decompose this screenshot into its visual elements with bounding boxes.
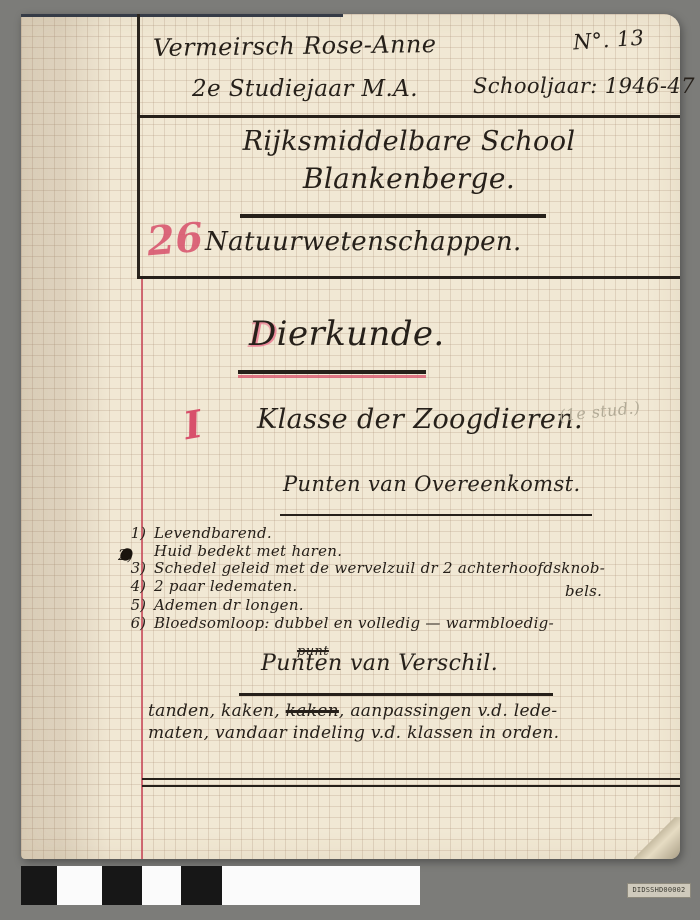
list-number: 6): [118, 614, 146, 632]
school-name-underline: [240, 214, 546, 218]
school-name-line2: Blankenberge.: [138, 162, 680, 195]
struck-word: kaken: [286, 701, 339, 721]
list-number: 1): [118, 524, 146, 542]
list-number: 3): [118, 559, 146, 577]
list-item: Schedel geleid met de wervelzuil dr 2 ac…: [154, 559, 605, 577]
paragraph-text: tanden, kaken,: [148, 701, 286, 721]
calibration-black-block: [181, 866, 222, 905]
bottom-rule-lower: [142, 785, 680, 787]
calibration-strip: [21, 866, 420, 905]
subsection-overeenkomst-underline: [280, 514, 592, 516]
calibration-black-block: [102, 866, 142, 905]
calibration-white-block: [142, 866, 181, 905]
subsection-verschil-underline: [239, 693, 553, 696]
section-numeral: I: [180, 401, 206, 448]
subsection-verschil-title: Punten van Verschil.: [261, 651, 498, 676]
paragraph-text: , aanpassingen v.d. lede-: [339, 701, 558, 721]
inventory-label: DIDSSHD00002: [627, 883, 691, 898]
calibration-black-block: [21, 866, 57, 905]
notebook-page: Vermeirsch Rose-Anne N°. 13 2e Studiejaa…: [21, 14, 680, 859]
pencil-note: (1e stud.): [558, 398, 641, 425]
list-number: 5): [118, 596, 146, 614]
chapter-title: Dierkunde.: [249, 314, 445, 354]
chapter-underline-red: [238, 375, 426, 378]
subject-number: 26: [145, 214, 205, 266]
list-item: Huid bedekt met haren.: [154, 542, 342, 560]
bottom-rule-upper: [142, 778, 680, 780]
header-box-bottom-rule: [137, 276, 680, 279]
page-corner-fold: [634, 817, 680, 859]
header-box-top-rule: [137, 115, 680, 118]
subsection-overeenkomst-title: Punten van Overeenkomst.: [283, 472, 581, 496]
list-item-continuation: bels.: [565, 582, 602, 600]
list-item: 2 paar ledematen.: [154, 577, 298, 595]
section-title: Klasse der Zoogdieren.: [257, 404, 583, 435]
study-year: 2e Studiejaar M.A.: [192, 76, 418, 102]
list-number: 4): [118, 577, 146, 595]
school-year: Schooljaar: 1946-47: [473, 74, 695, 98]
list-item: Ademen dr longen.: [154, 596, 304, 614]
student-name: Vermeirsch Rose-Anne: [153, 30, 437, 62]
calibration-white-block: [57, 866, 102, 905]
section-underline: [21, 14, 343, 17]
paragraph-line-1: tanden, kaken, kaken, aanpassingen v.d. …: [148, 701, 557, 721]
chapter-underline: [238, 370, 426, 374]
notebook-number: N°. 13: [572, 26, 645, 55]
paragraph-line-2: maten, vandaar indeling v.d. klassen in …: [148, 723, 559, 743]
school-name-line1: Rijksmiddelbare School: [138, 126, 680, 157]
calibration-white-bar: [222, 866, 420, 905]
list-item: Levendbarend.: [154, 524, 272, 542]
subject-title: Natuurwetenschappen.: [205, 227, 522, 257]
list-item: Bloedsomloop: dubbel en volledig — warmb…: [154, 614, 554, 632]
